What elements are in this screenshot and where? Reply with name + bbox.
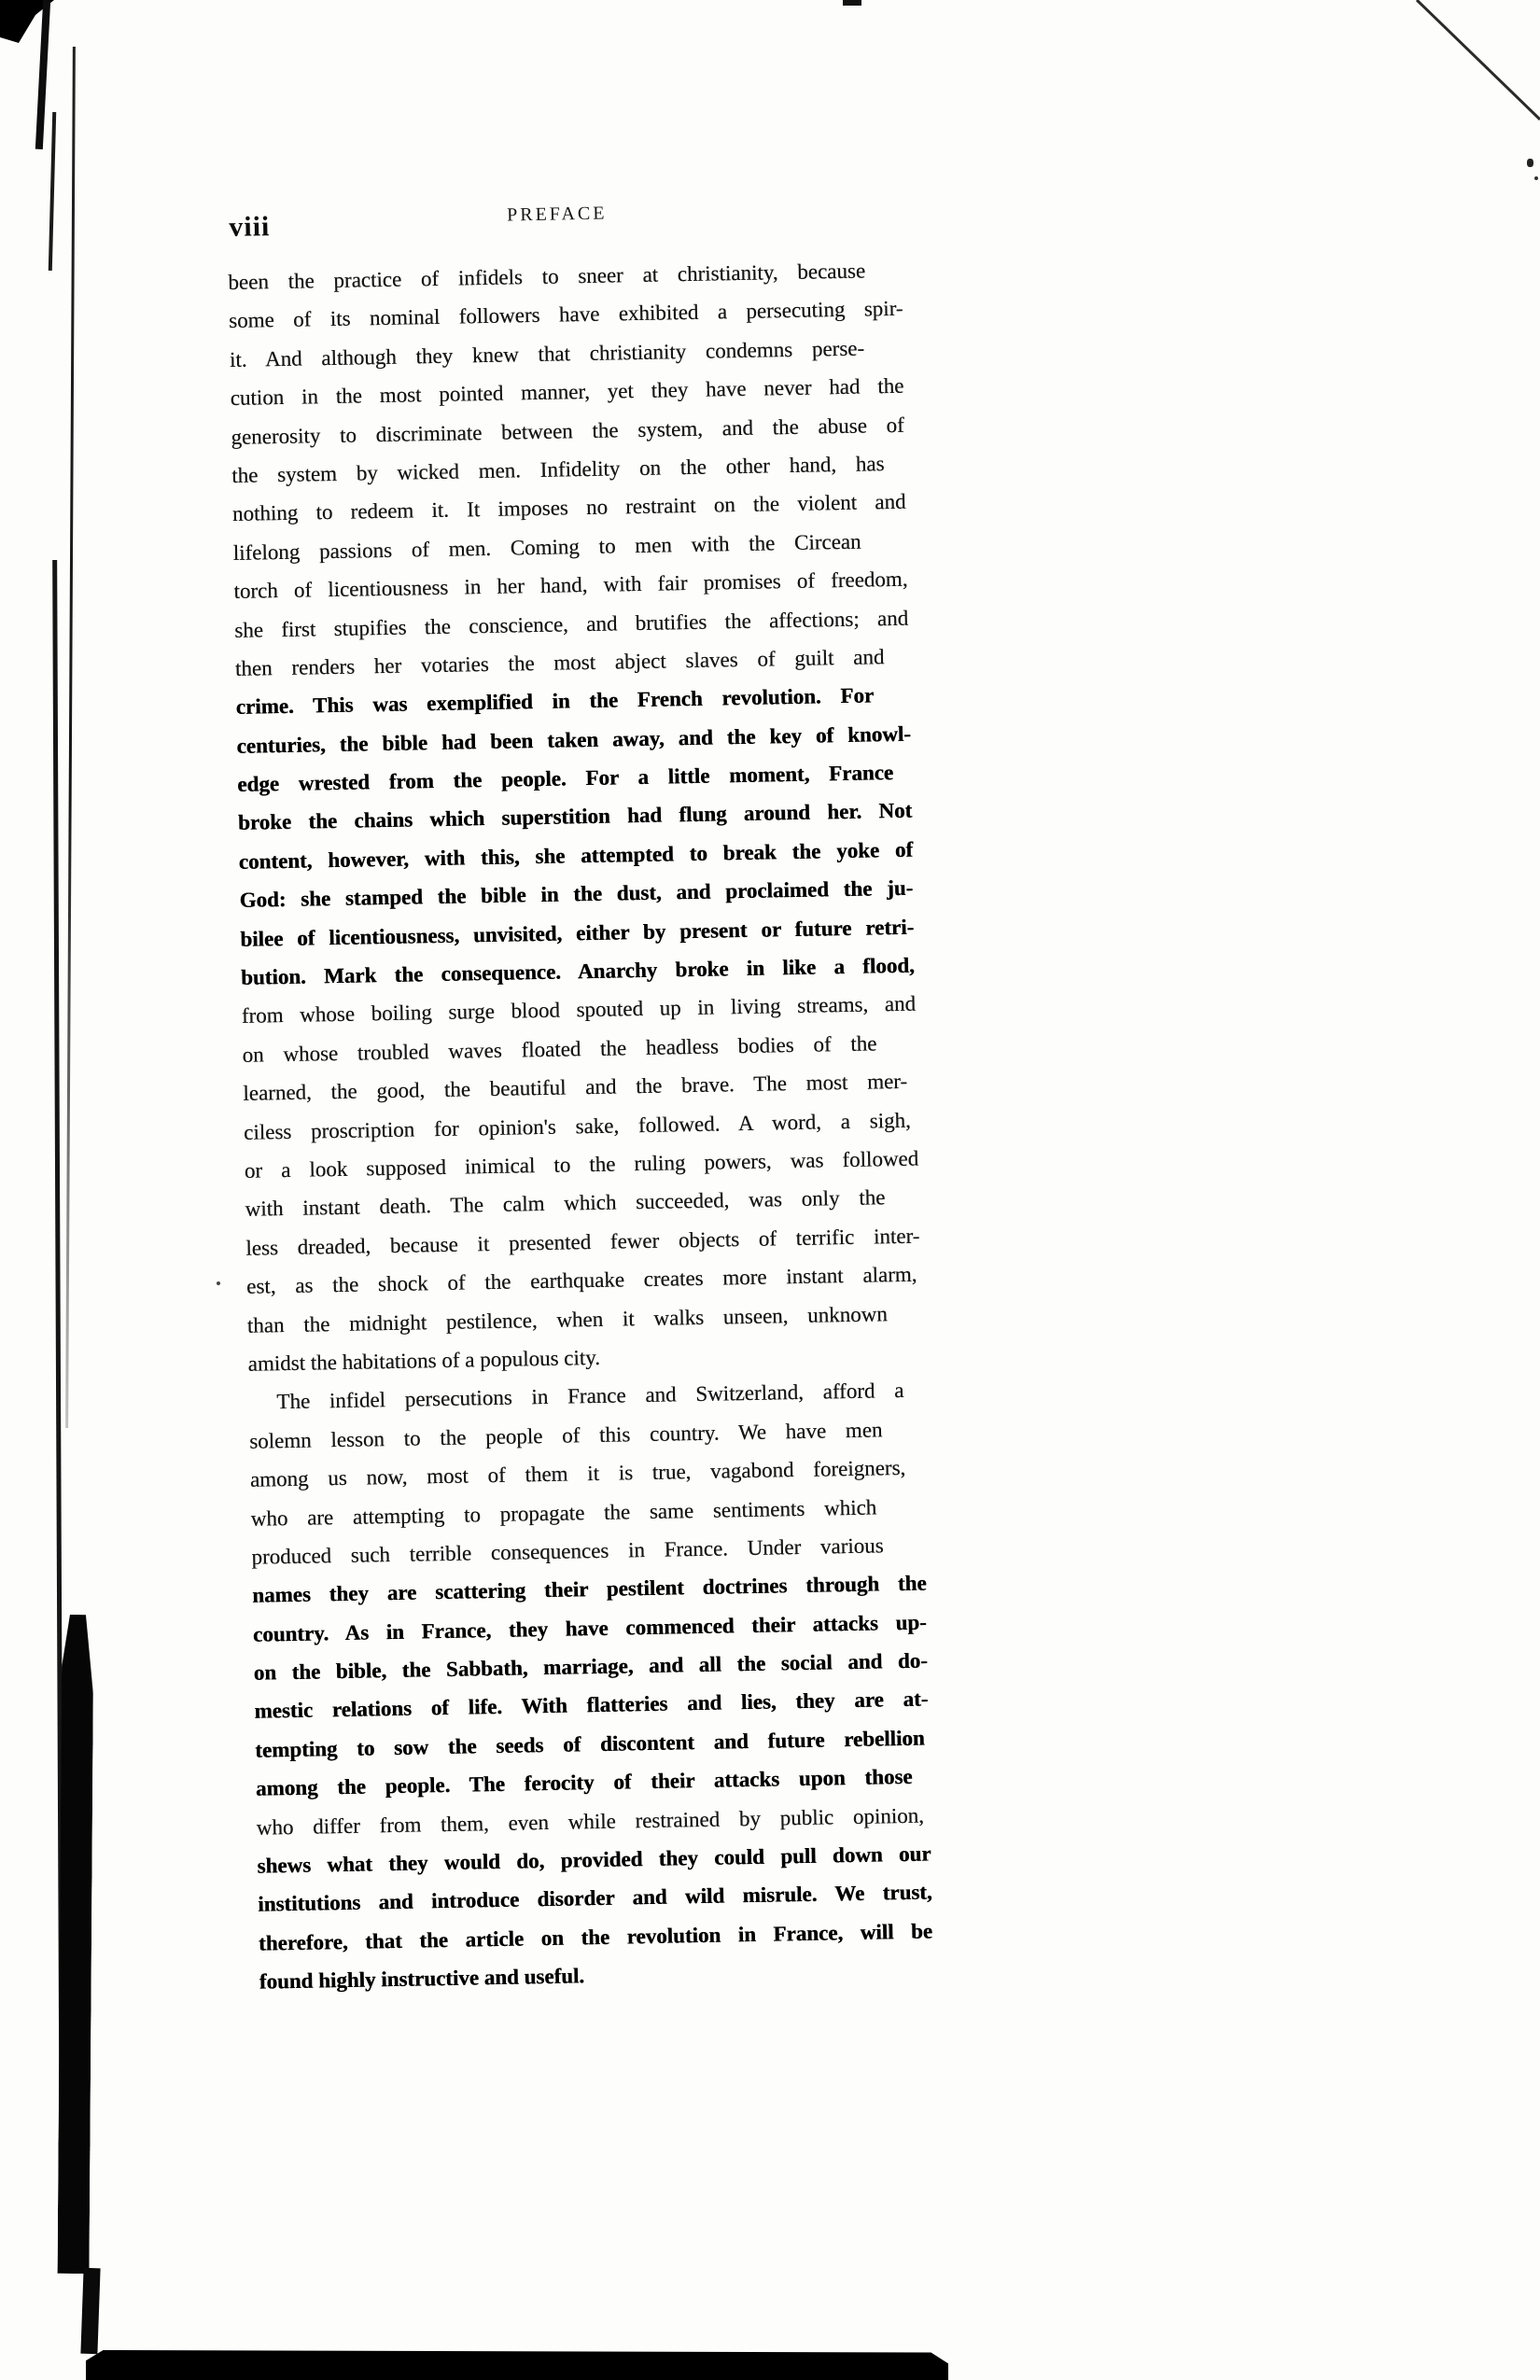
page-number: viii (229, 211, 271, 244)
ink-speck (1534, 176, 1538, 180)
binding-edge-line (49, 112, 56, 271)
binding-edge-line (65, 47, 76, 1428)
running-header: PREFACE (507, 203, 608, 227)
ink-speck (843, 0, 861, 6)
binding-smudge (80, 2268, 100, 2355)
ink-speck (1527, 159, 1533, 167)
binding-shadow-bar (58, 1615, 94, 2274)
scanned-page: viii PREFACE been the practice of infide… (0, 0, 1540, 2380)
scan-bottom-bar (86, 2350, 948, 2380)
page-text: been the practice of infidels to sneer a… (228, 251, 933, 2001)
page-corner-crease (1400, 0, 1540, 135)
ink-speck (217, 1281, 220, 1285)
binding-edge-line (35, 0, 50, 149)
page-header: viii PREFACE (227, 198, 902, 247)
page-content: viii PREFACE been the practice of infide… (227, 198, 933, 2001)
